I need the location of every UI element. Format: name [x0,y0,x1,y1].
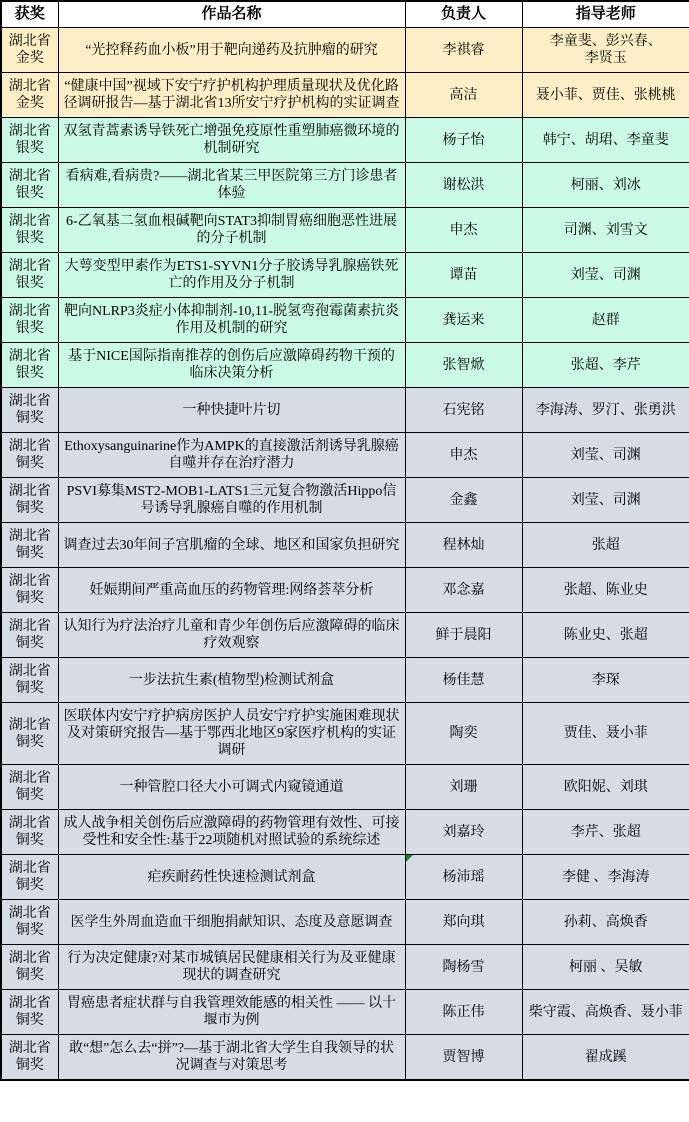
leader-cell[interactable]: 高洁 [405,73,522,118]
award-cell[interactable]: 湖北省铜奖 [1,900,58,945]
award-cell[interactable]: 湖北省铜奖 [1,1035,58,1081]
award-label: 湖北省铜奖 [8,573,51,607]
title-cell[interactable]: PSVI募集MST2-MOB1-LATS1三元复合物激活Hippo信号诱导乳腺癌… [58,478,405,523]
leader-cell[interactable]: 龚运来 [405,298,522,343]
award-label: 湖北省银奖 [8,303,51,337]
award-label: 湖北省银奖 [8,348,51,382]
award-cell[interactable]: 湖北省铜奖 [1,945,58,990]
title-cell[interactable]: 调查过去30年间子宫肌瘤的全球、地区和国家负担研究 [58,523,405,568]
leader-cell[interactable]: 杨佳慧 [405,658,522,703]
award-label: 湖北省铜奖 [8,393,51,427]
awards-table: 获奖 作品名称 负责人 指导老师 湖北省金奖 “光控释药血小板”用于靶向递药及抗… [0,0,689,1081]
leader-cell[interactable]: 贾智博 [405,1035,522,1081]
title-cell[interactable]: 疟疾耐药性快速检测试剂盒 [58,855,405,900]
award-label: 湖北省银奖 [8,213,51,247]
column-header-award[interactable]: 获奖 [1,1,58,28]
leader-cell[interactable]: 石宪铭 [405,388,522,433]
leader-cell[interactable]: 金鑫 [405,478,522,523]
advisors-cell[interactable]: 刘莹、司渊 [522,478,689,523]
leader-cell[interactable]: 刘珊 [405,765,522,810]
table-row: 湖北省铜奖 疟疾耐药性快速检测试剂盒 杨沛瑶 李健 、李海涛 [1,855,689,900]
table-header: 获奖 作品名称 负责人 指导老师 [1,1,689,28]
title-cell[interactable]: 敢“想”怎么去“拼”?—基于湖北省大学生自我领导的状况调查与对策思考 [58,1035,405,1081]
title-cell[interactable]: 行为决定健康?对某市城镇居民健康相关行为及亚健康现状的调查研究 [58,945,405,990]
title-cell[interactable]: 一步法抗生素(植物型)检测试剂盒 [58,658,405,703]
title-cell[interactable]: 成人战争相关创伤后应激障碍的药物管理有效性、可接受性和安全性:基于22项随机对照… [58,810,405,855]
leader-cell[interactable]: 申杰 [405,208,522,253]
table-row: 湖北省铜奖 PSVI募集MST2-MOB1-LATS1三元复合物激活Hippo信… [1,478,689,523]
award-cell[interactable]: 湖北省铜奖 [1,388,58,433]
advisors-cell[interactable]: 李海涛、罗汀、张勇洪 [522,388,689,433]
award-label: 湖北省铜奖 [8,995,51,1029]
advisors-cell[interactable]: 张超、李芹 [522,343,689,388]
award-label: 湖北省铜奖 [8,528,51,562]
table-row: 湖北省金奖 “健康中国”视域下安宁疗护机构护理质量现状及优化路径调研报告—基于湖… [1,73,689,118]
column-header-title[interactable]: 作品名称 [58,1,405,28]
award-label: 湖北省铜奖 [8,618,51,652]
advisors-cell[interactable]: 柴守霞、高焕香、聂小菲 [522,990,689,1035]
leader-cell[interactable]: 陶杨雪 [405,945,522,990]
table-row: 湖北省银奖 看病难,看病贵?——湖北省某三甲医院第三方门诊患者体验 谢松洪 柯丽… [1,163,689,208]
table-row: 湖北省铜奖 医联体内安宁疗护病房医护人员安宁疗护实施困难现状及对策研究报告—基于… [1,703,689,765]
table-row: 湖北省金奖 “光控释药血小板”用于靶向递药及抗肿瘤的研究 李祺睿 李童斐、彭兴春… [1,28,689,73]
award-cell[interactable]: 湖北省银奖 [1,298,58,343]
leader-cell[interactable]: 鲜于晨阳 [405,613,522,658]
award-cell[interactable]: 湖北省铜奖 [1,765,58,810]
table-row: 湖北省铜奖 成人战争相关创伤后应激障碍的药物管理有效性、可接受性和安全性:基于2… [1,810,689,855]
table-row: 湖北省铜奖 一种管腔口径大小可调式内窥镜通道 刘珊 欧阳妮、刘琪 [1,765,689,810]
table-row: 湖北省银奖 基于NICE国际指南推荐的创伤后应激障碍药物干预的临床决策分析 张智… [1,343,689,388]
award-label: 湖北省铜奖 [8,770,51,804]
cell-note-marker [406,855,413,862]
award-label: 湖北省铜奖 [8,905,51,939]
leader-cell[interactable]: 谢松洪 [405,163,522,208]
advisors-cell[interactable]: 陈业史、张超 [522,613,689,658]
award-cell[interactable]: 湖北省铜奖 [1,855,58,900]
advisors-cell[interactable]: 刘莹、司渊 [522,253,689,298]
title-cell[interactable]: 一种快捷叶片切 [58,388,405,433]
title-cell[interactable]: Ethoxysanguinarine作为AMPK的直接激活剂诱导乳腺癌自噬并存在… [58,433,405,478]
leader-cell[interactable]: 张智焮 [405,343,522,388]
awards-sheet: 获奖 作品名称 负责人 指导老师 湖北省金奖 “光控释药血小板”用于靶向递药及抗… [0,0,689,1081]
leader-cell[interactable]: 陶奕 [405,703,522,765]
table-row: 湖北省银奖 6-乙氧基二氢血根碱靶向STAT3抑制胃癌细胞恶性进展的分子机制 申… [1,208,689,253]
title-cell[interactable]: 大萼变型甲素作为ETS1-SYVN1分子胶诱导乳腺癌铁死亡的作用及分子机制 [58,253,405,298]
table-row: 湖北省铜奖 一步法抗生素(植物型)检测试剂盒 杨佳慧 李琛 [1,658,689,703]
award-label: 湖北省金奖 [8,33,51,67]
advisors-cell[interactable]: 欧阳妮、刘琪 [522,765,689,810]
award-label: 湖北省银奖 [8,123,51,157]
award-cell[interactable]: 湖北省金奖 [1,28,58,73]
advisors-cell[interactable]: 李健 、李海涛 [522,855,689,900]
award-cell[interactable]: 湖北省银奖 [1,253,58,298]
table-row: 湖北省铜奖 认知行为疗法治疗儿童和青少年创伤后应激障碍的临床疗效观察 鲜于晨阳 … [1,613,689,658]
table-row: 湖北省铜奖 行为决定健康?对某市城镇居民健康相关行为及亚健康现状的调查研究 陶杨… [1,945,689,990]
leader-cell[interactable]: 谭苗 [405,253,522,298]
leader-cell[interactable]: 郑向琪 [405,900,522,945]
title-cell[interactable]: 医联体内安宁疗护病房医护人员安宁疗护实施困难现状及对策研究报告—基于鄂西北地区9… [58,703,405,765]
award-label: 湖北省铜奖 [8,438,51,472]
table-body: 湖北省金奖 “光控释药血小板”用于靶向递药及抗肿瘤的研究 李祺睿 李童斐、彭兴春… [1,28,689,1081]
title-cell[interactable]: 一种管腔口径大小可调式内窥镜通道 [58,765,405,810]
advisors-cell[interactable]: 张超 [522,523,689,568]
header-row: 获奖 作品名称 负责人 指导老师 [1,1,689,28]
leader-cell[interactable]: 程林灿 [405,523,522,568]
advisors-cell[interactable]: 柯丽、刘冰 [522,163,689,208]
advisors-cell[interactable]: 聂小菲、贾佳、张桃桃 [522,73,689,118]
advisors-cell[interactable]: 张超、陈业史 [522,568,689,613]
award-cell[interactable]: 湖北省银奖 [1,118,58,163]
title-cell[interactable]: “健康中国”视域下安宁疗护机构护理质量现状及优化路径调研报告—基于湖北省13所安… [58,73,405,118]
award-cell[interactable]: 湖北省铜奖 [1,703,58,765]
award-cell[interactable]: 湖北省铜奖 [1,433,58,478]
advisors-cell[interactable]: 贾佳、聂小菲 [522,703,689,765]
award-cell[interactable]: 湖北省银奖 [1,163,58,208]
award-label: 湖北省铜奖 [8,483,51,517]
title-cell[interactable]: 6-乙氧基二氢血根碱靶向STAT3抑制胃癌细胞恶性进展的分子机制 [58,208,405,253]
title-cell[interactable]: 双氢青蒿素诱导铁死亡增强免疫原性重塑肺癌微环境的机制研究 [58,118,405,163]
award-cell[interactable]: 湖北省银奖 [1,343,58,388]
table-row: 湖北省铜奖 Ethoxysanguinarine作为AMPK的直接激活剂诱导乳腺… [1,433,689,478]
advisors-cell[interactable]: 孙莉、高焕香 [522,900,689,945]
advisors-cell[interactable]: 李童斐、彭兴春、 李贤玉 [522,28,689,73]
award-label: 湖北省铜奖 [8,663,51,697]
title-cell[interactable]: 妊娠期间严重高血压的药物管理:网络荟萃分析 [58,568,405,613]
award-cell[interactable]: 湖北省铜奖 [1,523,58,568]
table-row: 湖北省银奖 双氢青蒿素诱导铁死亡增强免疫原性重塑肺癌微环境的机制研究 杨子怡 韩… [1,118,689,163]
leader-cell[interactable]: 邓念嘉 [405,568,522,613]
advisors-cell[interactable]: 司渊、刘雪文 [522,208,689,253]
title-cell[interactable]: 靶向NLRP3炎症小体抑制剂-10,11-脱氢弯孢霉菌素抗炎作用及机制的研究 [58,298,405,343]
award-cell[interactable]: 湖北省铜奖 [1,568,58,613]
table-row: 湖北省铜奖 一种快捷叶片切 石宪铭 李海涛、罗汀、张勇洪 [1,388,689,433]
award-cell[interactable]: 湖北省铜奖 [1,478,58,523]
advisors-cell[interactable]: 李琛 [522,658,689,703]
award-label: 湖北省铜奖 [8,1040,51,1074]
leader-cell[interactable]: 刘嘉玲 [405,810,522,855]
table-row: 湖北省铜奖 医学生外周血造血干细胞捐献知识、态度及意愿调查 郑向琪 孙莉、高焕香 [1,900,689,945]
table-row: 湖北省铜奖 妊娠期间严重高血压的药物管理:网络荟萃分析 邓念嘉 张超、陈业史 [1,568,689,613]
award-label: 湖北省金奖 [8,78,51,112]
title-cell[interactable]: 医学生外周血造血干细胞捐献知识、态度及意愿调查 [58,900,405,945]
leader-cell[interactable]: 陈正伟 [405,990,522,1035]
title-cell[interactable]: 看病难,看病贵?——湖北省某三甲医院第三方门诊患者体验 [58,163,405,208]
advisors-cell[interactable]: 柯丽 、吴敏 [522,945,689,990]
award-label: 湖北省铜奖 [8,717,51,751]
award-label: 湖北省银奖 [8,168,51,202]
advisors-cell[interactable]: 刘莹、司渊 [522,433,689,478]
award-label: 湖北省铜奖 [8,860,51,894]
leader-cell[interactable]: 杨沛瑶 [405,855,522,900]
award-label: 湖北省铜奖 [8,950,51,984]
table-row: 湖北省银奖 靶向NLRP3炎症小体抑制剂-10,11-脱氢弯孢霉菌素抗炎作用及机… [1,298,689,343]
table-row: 湖北省铜奖 敢“想”怎么去“拼”?—基于湖北省大学生自我领导的状况调查与对策思考… [1,1035,689,1081]
title-cell[interactable]: 胃癌患者症状群与自我管理效能感的相关性 —— 以十堰市为例 [58,990,405,1035]
column-header-leader[interactable]: 负责人 [405,1,522,28]
leader-cell[interactable]: 杨子怡 [405,118,522,163]
table-row: 湖北省铜奖 调查过去30年间子宫肌瘤的全球、地区和国家负担研究 程林灿 张超 [1,523,689,568]
table-row: 湖北省银奖 大萼变型甲素作为ETS1-SYVN1分子胶诱导乳腺癌铁死亡的作用及分… [1,253,689,298]
award-cell[interactable]: 湖北省银奖 [1,208,58,253]
advisors-cell[interactable]: 翟成蹊 [522,1035,689,1081]
title-cell[interactable]: 基于NICE国际指南推荐的创伤后应激障碍药物干预的临床决策分析 [58,343,405,388]
award-label: 湖北省铜奖 [8,815,51,849]
award-label: 湖北省银奖 [8,258,51,292]
leader-cell[interactable]: 李祺睿 [405,28,522,73]
advisors-cell[interactable]: 李芹、张超 [522,810,689,855]
advisors-cell[interactable]: 韩宁、胡珺、李童斐 [522,118,689,163]
leader-cell[interactable]: 申杰 [405,433,522,478]
award-cell[interactable]: 湖北省金奖 [1,73,58,118]
title-cell[interactable]: “光控释药血小板”用于靶向递药及抗肿瘤的研究 [58,28,405,73]
award-cell[interactable]: 湖北省铜奖 [1,810,58,855]
column-header-advisor[interactable]: 指导老师 [522,1,689,28]
advisors-cell[interactable]: 赵群 [522,298,689,343]
award-cell[interactable]: 湖北省铜奖 [1,990,58,1035]
award-cell[interactable]: 湖北省铜奖 [1,613,58,658]
title-cell[interactable]: 认知行为疗法治疗儿童和青少年创伤后应激障碍的临床疗效观察 [58,613,405,658]
table-row: 湖北省铜奖 胃癌患者症状群与自我管理效能感的相关性 —— 以十堰市为例 陈正伟 … [1,990,689,1035]
award-cell[interactable]: 湖北省铜奖 [1,658,58,703]
